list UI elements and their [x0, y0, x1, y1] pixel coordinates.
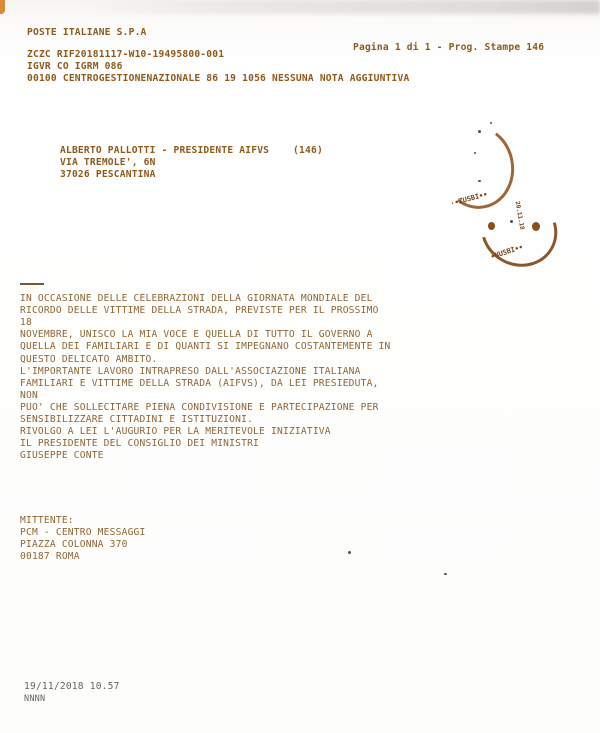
message-line: L'IMPORTANTE LAVORO INTRAPRESO DALL'ASSO…: [20, 366, 361, 378]
message-line: IL PRESIDENTE DEL CONSIGLIO DEI MINISTRI: [20, 438, 259, 450]
paper-smudge: [80, 0, 600, 14]
corner-mark: [0, 0, 5, 14]
message-line: RICORDO DELLE VITTIME DELLA STRADA, PREV…: [20, 305, 379, 317]
recipient-street: VIA TREMOLE', 6N: [60, 157, 156, 169]
message-line: QUESTO DELICATO AMBITO.: [20, 354, 157, 366]
telegram-paper: POSTE ITALIANE S.P.A Pagina 1 di 1 - Pro…: [0, 0, 600, 733]
message-line: SENSIBILIZZARE CITTADINI E ISTITUZIONI.: [20, 414, 253, 426]
message-line: NON: [20, 390, 38, 402]
stamp-speck: [478, 180, 481, 182]
reference-line: ZCZC RIF20181117-W10-19495800-001: [27, 49, 224, 61]
message-line: FAMILIARI E VITTIME DELLA STRADA (AIFVS)…: [20, 378, 379, 390]
stamp-speck: [490, 122, 492, 124]
routing-line: 00100 CENTROGESTIONENAZIONALE 86 19 1056…: [27, 73, 409, 85]
message-line: RIVOLGO A LEI L'AUGURIO PER LA MERITEVOL…: [20, 426, 331, 438]
stamp-speck: [474, 152, 476, 154]
sender-label: MITTENTE:: [20, 515, 74, 527]
message-line: 18: [20, 317, 32, 329]
stamp-speck: [532, 222, 540, 231]
message-line: GIUSEPPE CONTE: [20, 450, 104, 462]
stamp-speck: [488, 222, 495, 230]
end-marker: NNNN: [24, 693, 45, 705]
sender-city: 00187 ROMA: [20, 551, 80, 563]
message-line: NOVEMBRE, UNISCO LA MIA VOCE E QUELLA DI…: [20, 329, 373, 341]
sender-street: PIAZZA COLONNA 370: [20, 539, 128, 551]
stamp-speck: [510, 220, 513, 223]
code-line: IGVR CO IGRM 086: [27, 61, 123, 73]
sender-name: PCM - CENTRO MESSAGGI: [20, 527, 146, 539]
page-info: Pagina 1 di 1 - Prog. Stampe 146: [353, 42, 544, 54]
paper-speck: [444, 573, 447, 575]
message-line: PUO' CHE SOLLECITARE PIENA CONDIVISIONE …: [20, 402, 379, 414]
recipient-city: 37026 PESCANTINA: [60, 169, 156, 181]
timestamp: 19/11/2018 10.57: [24, 681, 120, 693]
message-line: IN OCCASIONE DELLE CELEBRAZIONI DELLA GI…: [20, 293, 373, 305]
separator-rule: [20, 283, 44, 285]
paper-speck: [348, 551, 351, 554]
stamp-speck: [478, 130, 481, 133]
message-line: QUELLA DEI FAMILIARI E DI QUANTI SI IMPE…: [20, 341, 391, 353]
company-name: POSTE ITALIANE S.P.A: [27, 27, 147, 39]
recipient-name: ALBERTO PALLOTTI - PRESIDENTE AIFVS (146…: [60, 145, 323, 157]
